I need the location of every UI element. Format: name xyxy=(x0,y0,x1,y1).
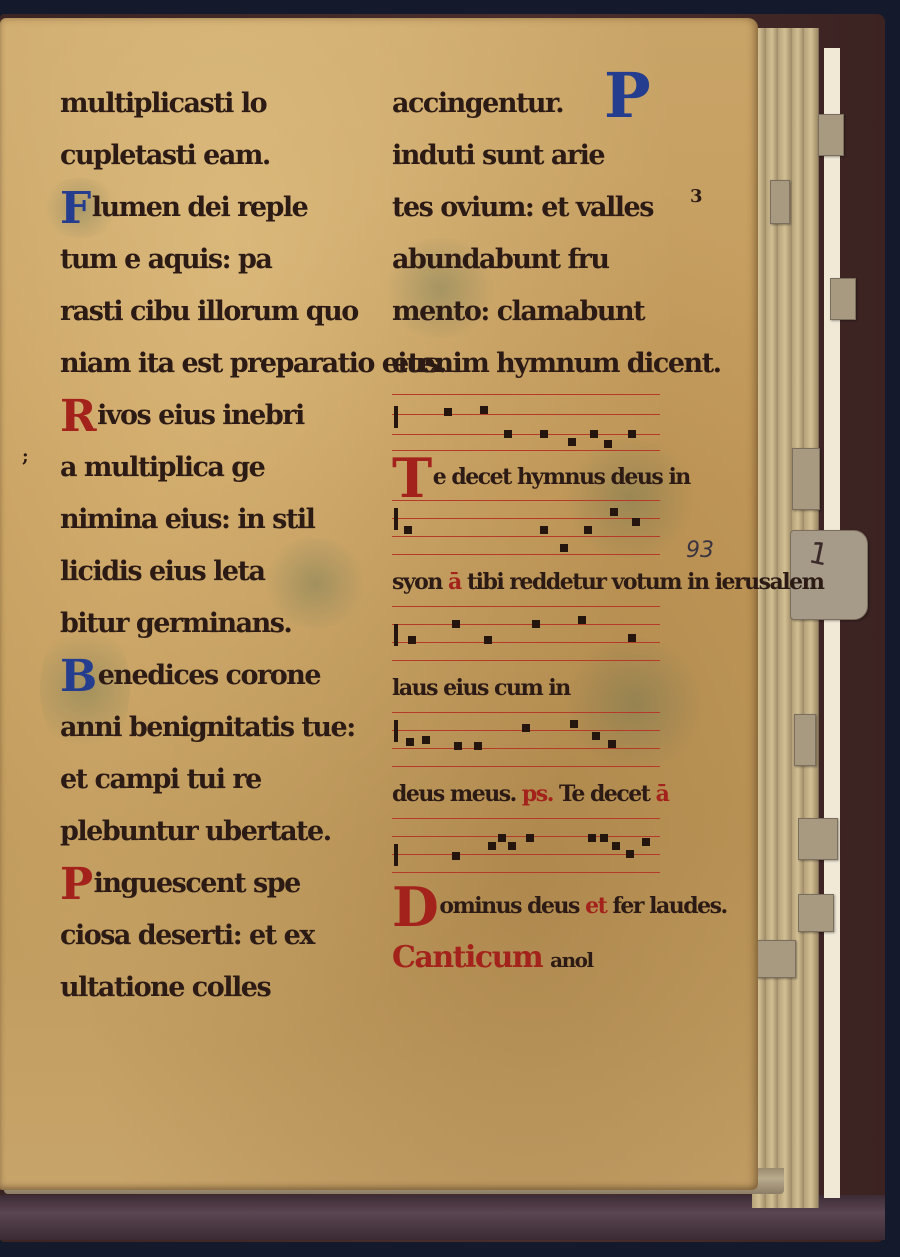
line-text: ominus deus xyxy=(439,893,579,919)
line-text: et campi tui re xyxy=(60,764,261,795)
music-staff xyxy=(392,394,660,452)
neume xyxy=(454,742,462,750)
text-line: et campi tui re xyxy=(60,754,340,806)
page-tab[interactable] xyxy=(794,714,816,766)
rubric-text: ā xyxy=(448,569,461,595)
text-line: Canticum anol xyxy=(392,932,672,984)
line-text: induti sunt arie xyxy=(392,140,604,171)
rubric-text: ps. xyxy=(522,781,553,807)
neume xyxy=(522,724,530,732)
line-text: inguescent spe xyxy=(94,868,300,899)
line-text: anni benignitatis tue: xyxy=(60,712,355,743)
music-staff xyxy=(392,818,660,876)
rubric-text: ā xyxy=(656,781,669,807)
neume xyxy=(604,440,612,448)
page-tab[interactable] xyxy=(798,818,838,860)
neume xyxy=(560,544,568,552)
text-line: licidis eius leta xyxy=(60,546,340,598)
neume xyxy=(588,834,596,842)
text-line: Dominus deus et fer laudes. xyxy=(392,880,672,932)
text-line: induti sunt arie xyxy=(392,130,672,182)
line-text: cupletasti eam. xyxy=(60,140,270,171)
neume xyxy=(642,838,650,846)
line-text: ivos eius inebri xyxy=(97,400,304,431)
page-tab[interactable] xyxy=(830,278,856,320)
line-text: multiplicasti lo xyxy=(60,88,266,119)
neume xyxy=(568,438,576,446)
text-line: plebuntur ubertate. xyxy=(60,806,340,858)
line-text: nimina eius: in stil xyxy=(60,504,314,535)
page-tab[interactable] xyxy=(792,448,820,510)
line-text: rasti cibu illorum quo xyxy=(60,296,358,327)
neume xyxy=(444,408,452,416)
decorated-initial: B xyxy=(60,655,96,699)
line-text: lumen dei reple xyxy=(92,192,308,223)
decorated-initial: F xyxy=(60,187,90,231)
text-line: nimina eius: in stil xyxy=(60,494,340,546)
lyric-text: syon xyxy=(392,569,442,595)
chant-lyric-line: syon ā tibi reddetur votum in ierusalem xyxy=(392,562,672,602)
neume xyxy=(540,526,548,534)
music-staff xyxy=(392,606,660,664)
lyric-text: Te decet xyxy=(559,781,649,807)
chant-lyric-line: deus meus. ps. Te decet ā xyxy=(392,774,672,814)
page-edge-stack: 1 xyxy=(752,28,844,1208)
text-line: a multiplica ge xyxy=(60,442,340,494)
text-line: Pinguescent spe xyxy=(60,858,340,910)
text-line: ultatione colles xyxy=(60,962,340,1014)
lyric-text: tibi reddetur votum in ierusalem xyxy=(467,569,823,595)
neume xyxy=(488,842,496,850)
text-line: bitur germinans. xyxy=(60,598,340,650)
text-line: Flumen dei reple xyxy=(60,182,340,234)
page-tab[interactable] xyxy=(756,940,796,978)
neume xyxy=(526,834,534,842)
neume xyxy=(626,850,634,858)
line-text: enedices corone xyxy=(98,660,320,691)
neume xyxy=(484,636,492,644)
right-text-column: accingentur.P induti sunt arie tes ovium… xyxy=(392,78,672,984)
line-text: bitur germinans. xyxy=(60,608,291,639)
chant-lyric-line: laus eius cum in xyxy=(392,668,672,708)
tab-label: 1 xyxy=(806,535,832,573)
text-line: abundabunt fru xyxy=(392,234,672,286)
neume xyxy=(452,852,460,860)
line-text: tes ovium: et valles xyxy=(392,192,653,223)
line-text: ciosa deserti: et ex xyxy=(60,920,314,951)
text-line: cupletasti eam. xyxy=(60,130,340,182)
neume xyxy=(612,842,620,850)
lyric-text: deus meus. xyxy=(392,781,516,807)
line-text: niam ita est preparatio eius. xyxy=(60,348,446,379)
line-text: etenim hymnum dicent. xyxy=(392,348,721,379)
folio-number: 93 xyxy=(686,538,714,563)
line-text: plebuntur ubertate. xyxy=(60,816,331,847)
chant-lyric-line: Te decet hymnus deus in xyxy=(392,456,672,496)
decorated-initial: T xyxy=(392,456,431,500)
line-text: accingentur. xyxy=(392,88,563,119)
neume xyxy=(404,526,412,534)
neume xyxy=(480,406,488,414)
neume xyxy=(578,616,586,624)
neume xyxy=(628,430,636,438)
text-line: etenim hymnum dicent. xyxy=(392,338,672,390)
margin-mark: ; xyxy=(22,446,29,467)
text-line: Rivos eius inebri xyxy=(60,390,340,442)
neume xyxy=(584,526,592,534)
neume xyxy=(608,740,616,748)
neume xyxy=(474,742,482,750)
neume xyxy=(508,842,516,850)
decorated-initial: R xyxy=(60,395,95,439)
clef-icon xyxy=(394,508,398,530)
neume xyxy=(600,834,608,842)
neume xyxy=(504,430,512,438)
clef-icon xyxy=(394,624,398,646)
music-staff xyxy=(392,712,660,770)
neume xyxy=(540,430,548,438)
decorated-initial: D xyxy=(392,885,437,929)
neume xyxy=(590,430,598,438)
line-text: tum e aquis: pa xyxy=(60,244,271,275)
margin-mark: 3 xyxy=(690,186,703,207)
text-line: multiplicasti lo xyxy=(60,78,340,130)
text-line: rasti cibu illorum quo xyxy=(60,286,340,338)
text-line: tes ovium: et valles xyxy=(392,182,672,234)
neume xyxy=(592,732,600,740)
neume xyxy=(532,620,540,628)
line-text: a multiplica ge xyxy=(60,452,264,483)
page-tab[interactable] xyxy=(798,894,834,932)
page-tab[interactable] xyxy=(770,180,790,224)
line-text: anol xyxy=(550,948,592,972)
neume xyxy=(408,636,416,644)
text-line: mento: clamabunt xyxy=(392,286,672,338)
lyric-text: laus eius cum in xyxy=(392,675,570,701)
left-text-column: multiplicasti lo cupletasti eam. Flumen … xyxy=(60,78,340,1014)
decorated-initial: P xyxy=(604,74,649,118)
line-text: mento: clamabunt xyxy=(392,296,644,327)
line-text: fer laudes. xyxy=(612,893,726,919)
text-line: ciosa deserti: et ex xyxy=(60,910,340,962)
neume xyxy=(452,620,460,628)
text-line: anni benignitatis tue: xyxy=(60,702,340,754)
neume xyxy=(628,634,636,642)
line-text: abundabunt fru xyxy=(392,244,609,275)
line-text: ultatione colles xyxy=(60,972,270,1003)
neume xyxy=(610,508,618,516)
text-line: accingentur.P xyxy=(392,78,672,130)
rubric-text: et xyxy=(585,893,606,919)
neume xyxy=(498,834,506,842)
line-text: licidis eius leta xyxy=(60,556,265,587)
neume xyxy=(422,736,430,744)
clef-icon xyxy=(394,844,398,866)
text-line: Benedices corone xyxy=(60,650,340,702)
lyric-text: e decet hymnus deus in xyxy=(433,464,690,490)
page-tab[interactable] xyxy=(818,114,844,156)
clef-icon xyxy=(394,720,398,742)
clef-icon xyxy=(394,406,398,428)
neume xyxy=(632,518,640,526)
text-line: tum e aquis: pa xyxy=(60,234,340,286)
text-line: niam ita est preparatio eius. xyxy=(60,338,340,390)
neume xyxy=(570,720,578,728)
neume xyxy=(406,738,414,746)
music-staff xyxy=(392,500,660,558)
rubric-heading: Canticum xyxy=(392,940,542,975)
paper-flyleaf-edge xyxy=(824,48,840,1198)
decorated-initial: P xyxy=(60,863,92,907)
